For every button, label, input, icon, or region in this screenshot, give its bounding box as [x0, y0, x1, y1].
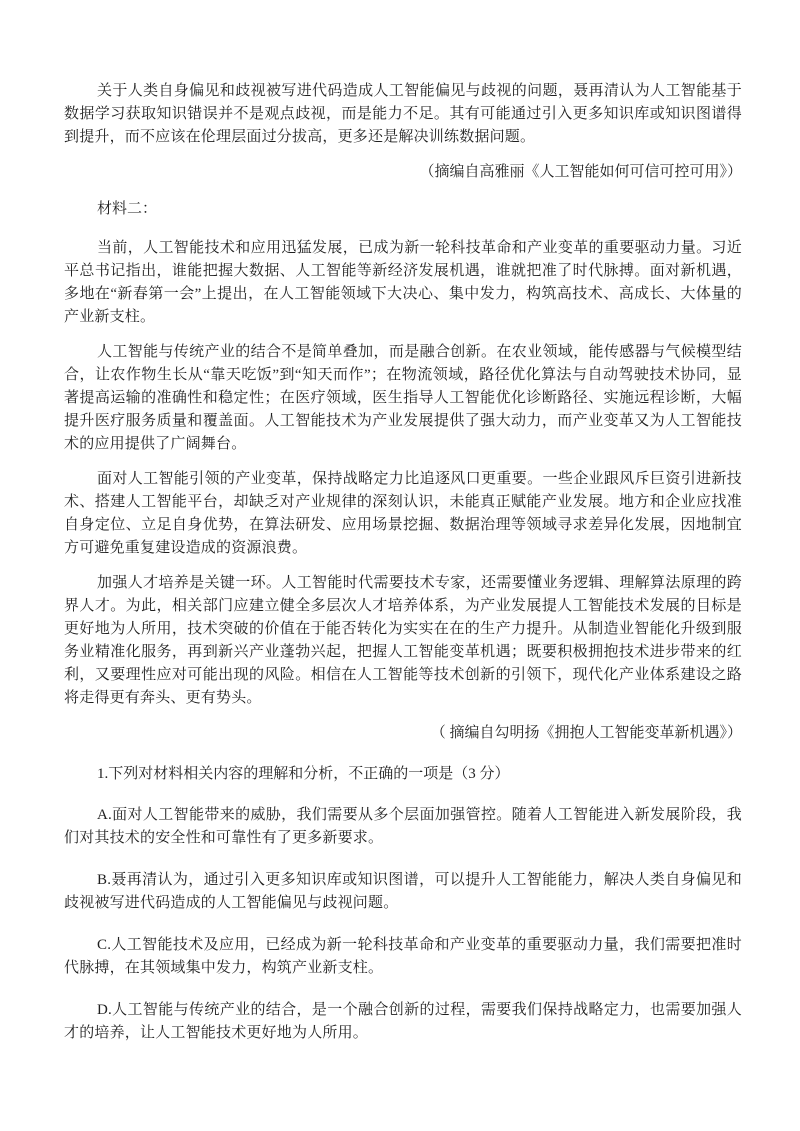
material2-heading: 材料二： [64, 198, 742, 221]
question-1-option-c: C.人工智能技术及应用，已经成为新一轮科技革命和产业变革的重要驱动力量，我们需要… [64, 934, 742, 980]
material2-source-attribution: （ 摘编自勾明扬《拥抱人工智能变革新机遇》） [64, 722, 742, 745]
question-1-option-d: D.人工智能与传统产业的结合，是一个融合创新的过程，需要我们保持战略定力，也需要… [64, 999, 742, 1045]
document-page: 关于人类自身偏见和歧视被写进代码造成人工智能偏见与歧视的问题，聂再清认为人工智能… [0, 0, 800, 1131]
question-1-option-a: A.面对人工智能带来的威胁，我们需要从多个层面加强管控。随着人工智能进入新发展阶… [64, 804, 742, 850]
material2-paragraph-4: 加强人才培养是关键一环。人工智能时代需要技术专家，还需要懂业务逻辑、理解算法原理… [64, 572, 742, 710]
material2-paragraph-3: 面对人工智能引领的产业变革，保持战略定力比追逐风口更重要。一些企业跟风斥巨资引进… [64, 468, 742, 560]
question-1-stem: 1.下列对材料相关内容的理解和分析，不正确的一项是（3 分） [64, 763, 742, 786]
material2-paragraph-2: 人工智能与传统产业的结合不是简单叠加，而是融合创新。在农业领域，能传感器与气候模… [64, 341, 742, 456]
material2-paragraph-1: 当前，人工智能技术和应用迅猛发展，已成为新一轮科技革命和产业变革的重要驱动力量。… [64, 237, 742, 329]
material1-tail-paragraph: 关于人类自身偏见和歧视被写进代码造成人工智能偏见与歧视的问题，聂再清认为人工智能… [64, 80, 742, 149]
question-1-option-b: B.聂再清认为，通过引入更多知识库或知识图谱，可以提升人工智能能力，解决人类自身… [64, 869, 742, 915]
material1-source-attribution: （摘编自高雅丽《人工智能如何可信可控可用》） [64, 161, 742, 184]
